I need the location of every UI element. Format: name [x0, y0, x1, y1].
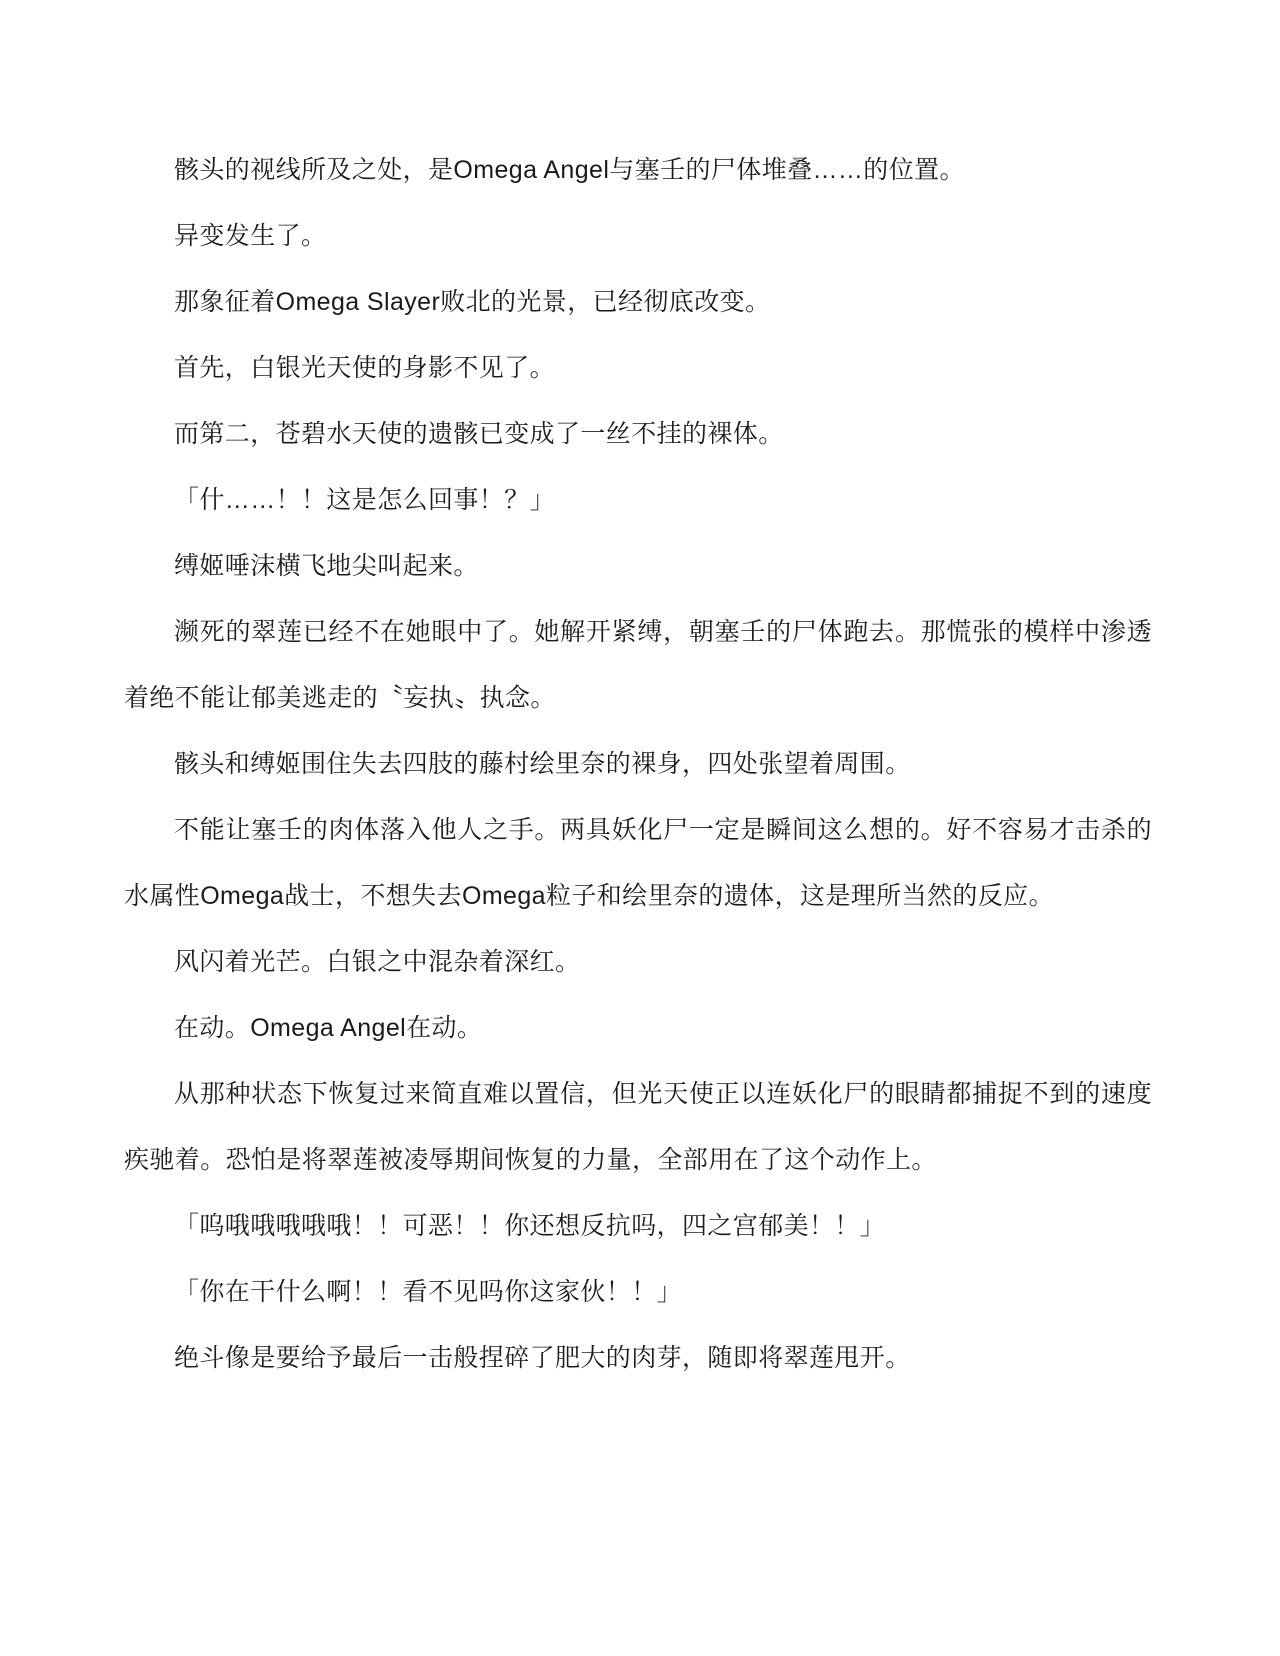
- paragraph-dialogue: 「什……！！这是怎么回事！？」: [124, 467, 1152, 533]
- paragraph: 从那种状态下恢复过来简直难以置信，但光天使正以连妖化尸的眼睛都捕捉不到的速度疾驰…: [124, 1061, 1152, 1193]
- novel-text-body: 骸头的视线所及之处，是Omega Angel与塞壬的尸体堆叠……的位置。 异变发…: [124, 137, 1152, 1391]
- paragraph: 濒死的翠莲已经不在她眼中了。她解开紧缚，朝塞壬的尸体跑去。那慌张的模样中渗透着绝…: [124, 599, 1152, 731]
- paragraph: 骸头的视线所及之处，是Omega Angel与塞壬的尸体堆叠……的位置。: [124, 137, 1152, 203]
- paragraph: 异变发生了。: [124, 203, 1152, 269]
- paragraph: 绝斗像是要给予最后一击般捏碎了肥大的肉芽，随即将翠莲甩开。: [124, 1325, 1152, 1391]
- paragraph: 缚姬唾沫横飞地尖叫起来。: [124, 533, 1152, 599]
- paragraph: 而第二，苍碧水天使的遗骸已变成了一丝不挂的裸体。: [124, 401, 1152, 467]
- paragraph: 那象征着Omega Slayer败北的光景，已经彻底改变。: [124, 269, 1152, 335]
- paragraph-dialogue: 「你在干什么啊！！看不见吗你这家伙！！」: [124, 1259, 1152, 1325]
- paragraph: 在动。Omega Angel在动。: [124, 995, 1152, 1061]
- paragraph: 不能让塞壬的肉体落入他人之手。两具妖化尸一定是瞬间这么想的。好不容易才击杀的水属…: [124, 797, 1152, 929]
- paragraph-dialogue: 「呜哦哦哦哦哦！！可恶！！你还想反抗吗，四之宫郁美！！」: [124, 1193, 1152, 1259]
- paragraph: 骸头和缚姬围住失去四肢的藤村绘里奈的裸身，四处张望着周围。: [124, 731, 1152, 797]
- paragraph: 风闪着光芒。白银之中混杂着深红。: [124, 929, 1152, 995]
- document-page: 骸头的视线所及之处，是Omega Angel与塞壬的尸体堆叠……的位置。 异变发…: [0, 0, 1280, 1656]
- paragraph: 首先，白银光天使的身影不见了。: [124, 335, 1152, 401]
